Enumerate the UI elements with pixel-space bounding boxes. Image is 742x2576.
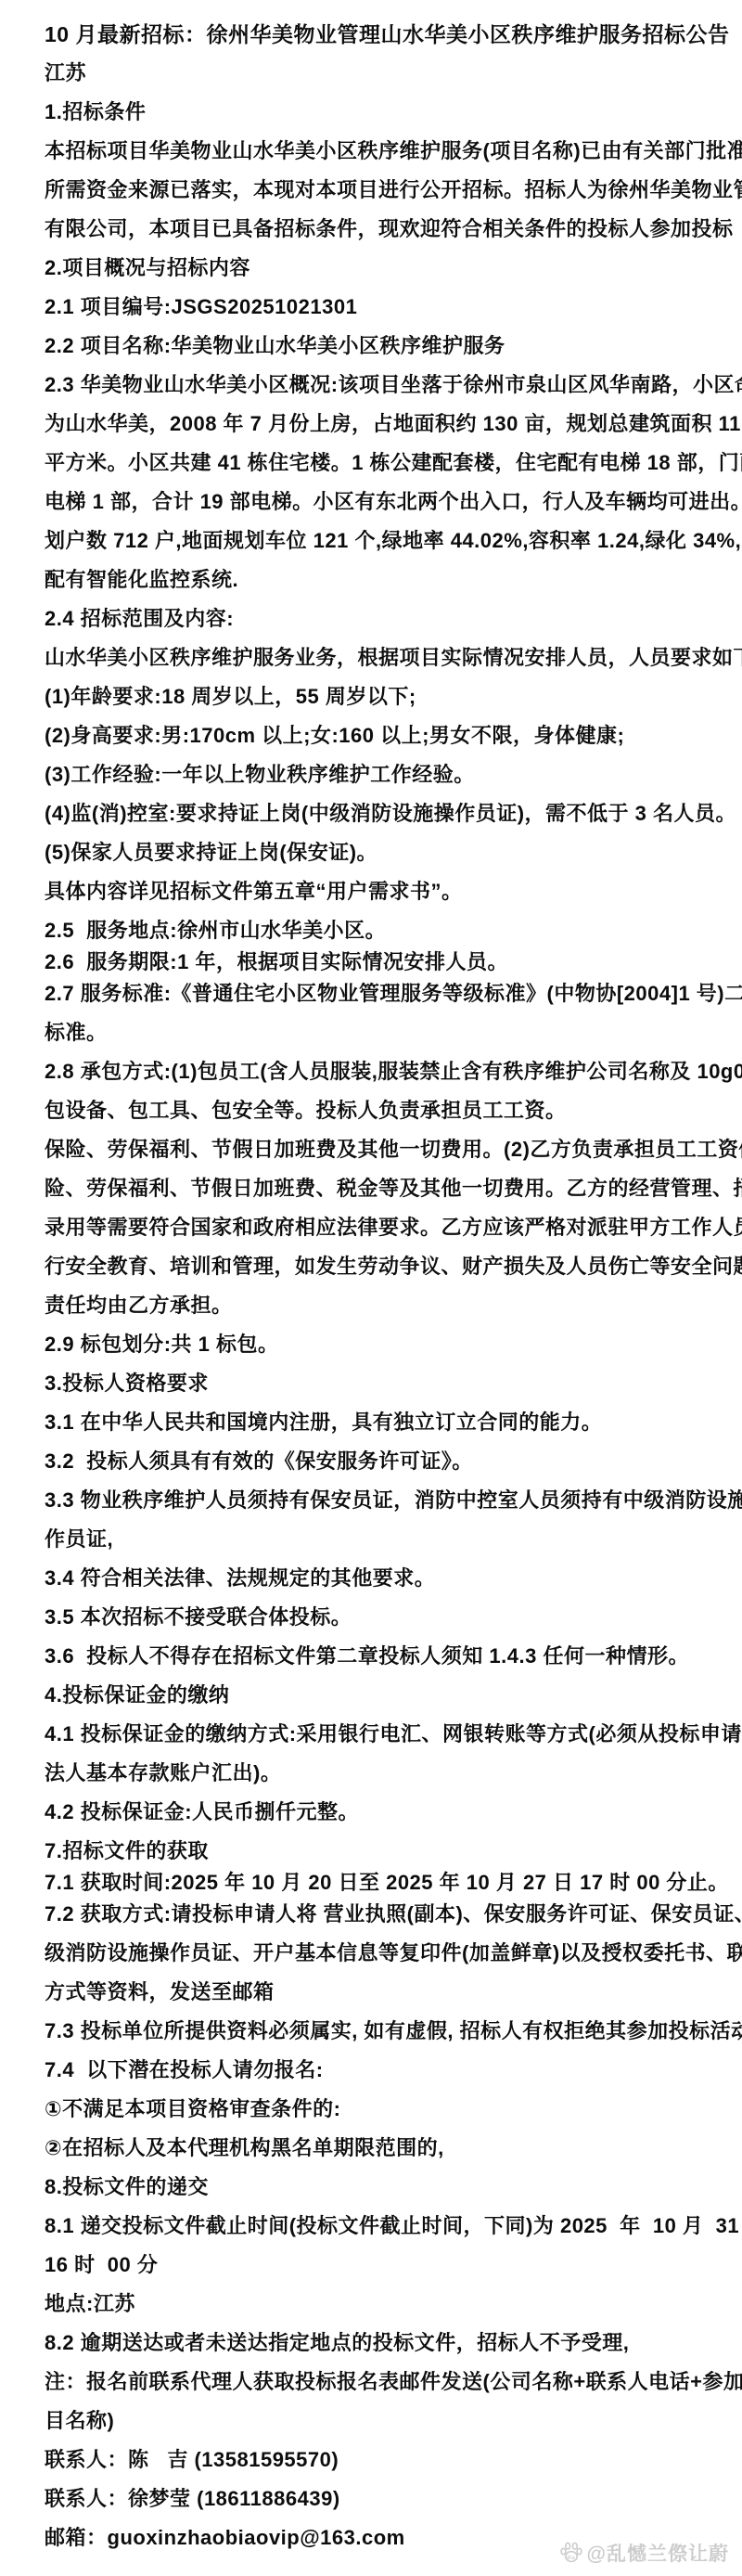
document-line: (1)年龄要求:18 周岁以上，55 周岁以下; [45, 677, 705, 716]
document-line: 1.招标条件 [45, 93, 705, 132]
document-line: 3.投标人资格要求 [45, 1364, 705, 1403]
document-line: 录用等需要符合国家和政府相应法律要求。乙方应该严格对派驻甲方工作人员进 [45, 1208, 705, 1247]
document-line: 所需资金来源已落实，本现对本项目进行公开招标。招标人为徐州华美物业管理 [45, 171, 705, 210]
document-line: 2.2 项目名称:华美物业山水华美小区秩序维护服务 [45, 327, 705, 366]
document-line: 2.项目概况与招标内容 [45, 249, 705, 288]
document-line: 山水华美小区秩序维护服务业务，根据项目实际情况安排人员，人员要求如下: [45, 638, 705, 677]
document-line: 7.2 获取方式:请投标申请人将 营业执照(副本)、保安服务许可证、保安员证、中 [45, 1895, 705, 1934]
document-line: 具体内容详见招标文件第五章“用户需求书”。 [45, 872, 705, 911]
svg-text:du: du [567, 2556, 575, 2561]
document-body: 江苏1.招标条件本招标项目华美物业山水华美小区秩序维护服务(项目名称)已由有关部… [45, 54, 705, 2557]
document-line: ①不满足本项目资格审查条件的: [45, 2090, 705, 2129]
document-line: 8.投标文件的递交 [45, 2168, 705, 2207]
document-line: 本招标项目华美物业山水华美小区秩序维护服务(项目名称)已由有关部门批准， [45, 132, 705, 171]
document-line: 注：报名前联系代理人获取投标报名表邮件发送(公司名称+联系人电话+参加项 [45, 2363, 705, 2402]
document-line: 16 时 00 分 [45, 2246, 705, 2285]
document-line: 有限公司，本项目已具备招标条件，现欢迎符合相关条件的投标人参加投标 [45, 210, 705, 249]
document-line: 8.1 递交投标文件截止时间(投标文件截止时间，下同)为 2025 年 10 月… [45, 2207, 705, 2246]
baidu-paw-icon: du [559, 2542, 583, 2564]
document-line: 标准。 [45, 1013, 705, 1052]
document-page: 10 月最新招标：徐州华美物业管理山水华美小区秩序维护服务招标公告 江苏1.招标… [0, 0, 742, 2576]
document-line: 7.4 以下潜在投标人请勿报名: [45, 2051, 705, 2090]
document-line: (3)工作经验:一年以上物业秩序维护工作经验。 [45, 755, 705, 794]
document-line: 联系人：徐梦莹 (18611886439) [45, 2479, 705, 2518]
document-line: (2)身高要求:男:170cm 以上;女:160 以上;男女不限，身体健康; [45, 716, 705, 755]
document-line: 2.6 服务期限:1 年，根据项目实际情况安排人员。 [45, 950, 705, 974]
document-line: 3.4 符合相关法律、法规规定的其他要求。 [45, 1559, 705, 1598]
document-line: 2.7 服务标准:《普通住宅小区物业管理服务等级标准》(中物协[2004]1 号… [45, 974, 705, 1013]
document-line: 级消防设施操作员证、开户基本信息等复印件(加盖鲜章)以及授权委托书、联系 [45, 1934, 705, 1973]
document-line: 行安全教育、培训和管理，如发生劳动争议、财产损失及人员伤亡等安全问题， [45, 1247, 705, 1286]
document-line: 方式等资料，发送至邮箱 [45, 1973, 705, 2012]
document-line: 作员证, [45, 1520, 705, 1559]
document-line: 7.1 获取时间:2025 年 10 月 20 日至 2025 年 10 月 2… [45, 1871, 705, 1895]
document-line: 2.1 项目编号:JSGS20251021301 [45, 288, 705, 327]
document-line: (4)监(消)控室:要求持证上岗(中级消防设施操作员证)，需不低于 3 名人员。 [45, 794, 705, 833]
document-line: 2.8 承包方式:(1)包员工(含人员服装,服装禁止含有秩序维护公司名称及 10… [45, 1052, 705, 1091]
document-line: 2.9 标包划分:共 1 标包。 [45, 1325, 705, 1364]
document-line: 江苏 [45, 54, 705, 93]
document-line: 2.4 招标范围及内容: [45, 599, 705, 638]
document-line: 4.投标保证金的缴纳 [45, 1676, 705, 1715]
document-line: 3.2 投标人须具有有效的《保安服务许可证》。 [45, 1442, 705, 1481]
document-line: 2.5 服务地点:徐州市山水华美小区。 [45, 911, 705, 950]
document-line: 联系人：陈 吉 (13581595570) [45, 2441, 705, 2479]
document-line: 4.1 投标保证金的缴纳方式:采用银行电汇、网银转账等方式(必须从投标申请人 [45, 1715, 705, 1754]
document-line: 平方米。小区共建 41 栋住宅楼。1 栋公建配套楼，住宅配有电梯 18 部，门面… [45, 444, 705, 483]
document-line: 3.5 本次招标不接受联合体投标。 [45, 1598, 705, 1637]
document-line: ②在招标人及本代理机构黑名单期限范围的, [45, 2129, 705, 2168]
watermark-text: @乱憾兰傺让蔚 [587, 2539, 729, 2567]
document-line: 为山水华美，2008 年 7 月份上房，占地面积约 130 亩，规划总建筑面积 … [45, 405, 705, 444]
document-line: 电梯 1 部，合计 19 部电梯。小区有东北两个出入口，行人及车辆均可进出。规 [45, 483, 705, 522]
document-line: 保险、劳保福利、节假日加班费及其他一切费用。(2)乙方负责承担员工工资保 [45, 1130, 705, 1169]
document-line: 险、劳保福利、节假日加班费、税金等及其他一切费用。乙方的经营管理、招聘 [45, 1169, 705, 1208]
document-line: 3.3 物业秩序维护人员须持有保安员证，消防中控室人员须持有中级消防设施操 [45, 1481, 705, 1520]
document-line: 目名称) [45, 2402, 705, 2441]
document-line: (5)保家人员要求持证上岗(保安证)。 [45, 833, 705, 872]
tender-announcement-document: 10 月最新招标：徐州华美物业管理山水华美小区秩序维护服务招标公告 江苏1.招标… [0, 0, 742, 2557]
document-line: 8.2 逾期送达或者未送达指定地点的投标文件，招标人不予受理, [45, 2324, 705, 2363]
document-line: 7.招标文件的获取 [45, 1832, 705, 1871]
document-line: 配有智能化监控系统. [45, 560, 705, 599]
document-line: 包设备、包工具、包安全等。投标人负责承担员工工资。 [45, 1091, 705, 1130]
document-line: 7.3 投标单位所提供资料必须属实, 如有虚假, 招标人有权拒绝其参加投标活动。 [45, 2012, 705, 2051]
document-line: 2.3 华美物业山水华美小区概况:该项目坐落于徐州市泉山区风华南路，小区命名 [45, 366, 705, 405]
document-line: 地点:江苏 [45, 2285, 705, 2324]
watermark: du @乱憾兰傺让蔚 [559, 2539, 729, 2567]
document-line: 4.2 投标保证金:人民币捌仟元整。 [45, 1793, 705, 1832]
page-title: 10 月最新招标：徐州华美物业管理山水华美小区秩序维护服务招标公告 [45, 15, 705, 54]
document-line: 划户数 712 户,地面规划车位 121 个,绿地率 44.02%,容积率 1.… [45, 522, 705, 560]
document-line: 3.6 投标人不得存在招标文件第二章投标人须知 1.4.3 任何一种情形。 [45, 1637, 705, 1676]
document-line: 法人基本存款账户汇出)。 [45, 1754, 705, 1793]
document-line: 3.1 在中华人民共和国境内注册，具有独立订立合同的能力。 [45, 1403, 705, 1442]
document-line: 责任均由乙方承担。 [45, 1286, 705, 1325]
